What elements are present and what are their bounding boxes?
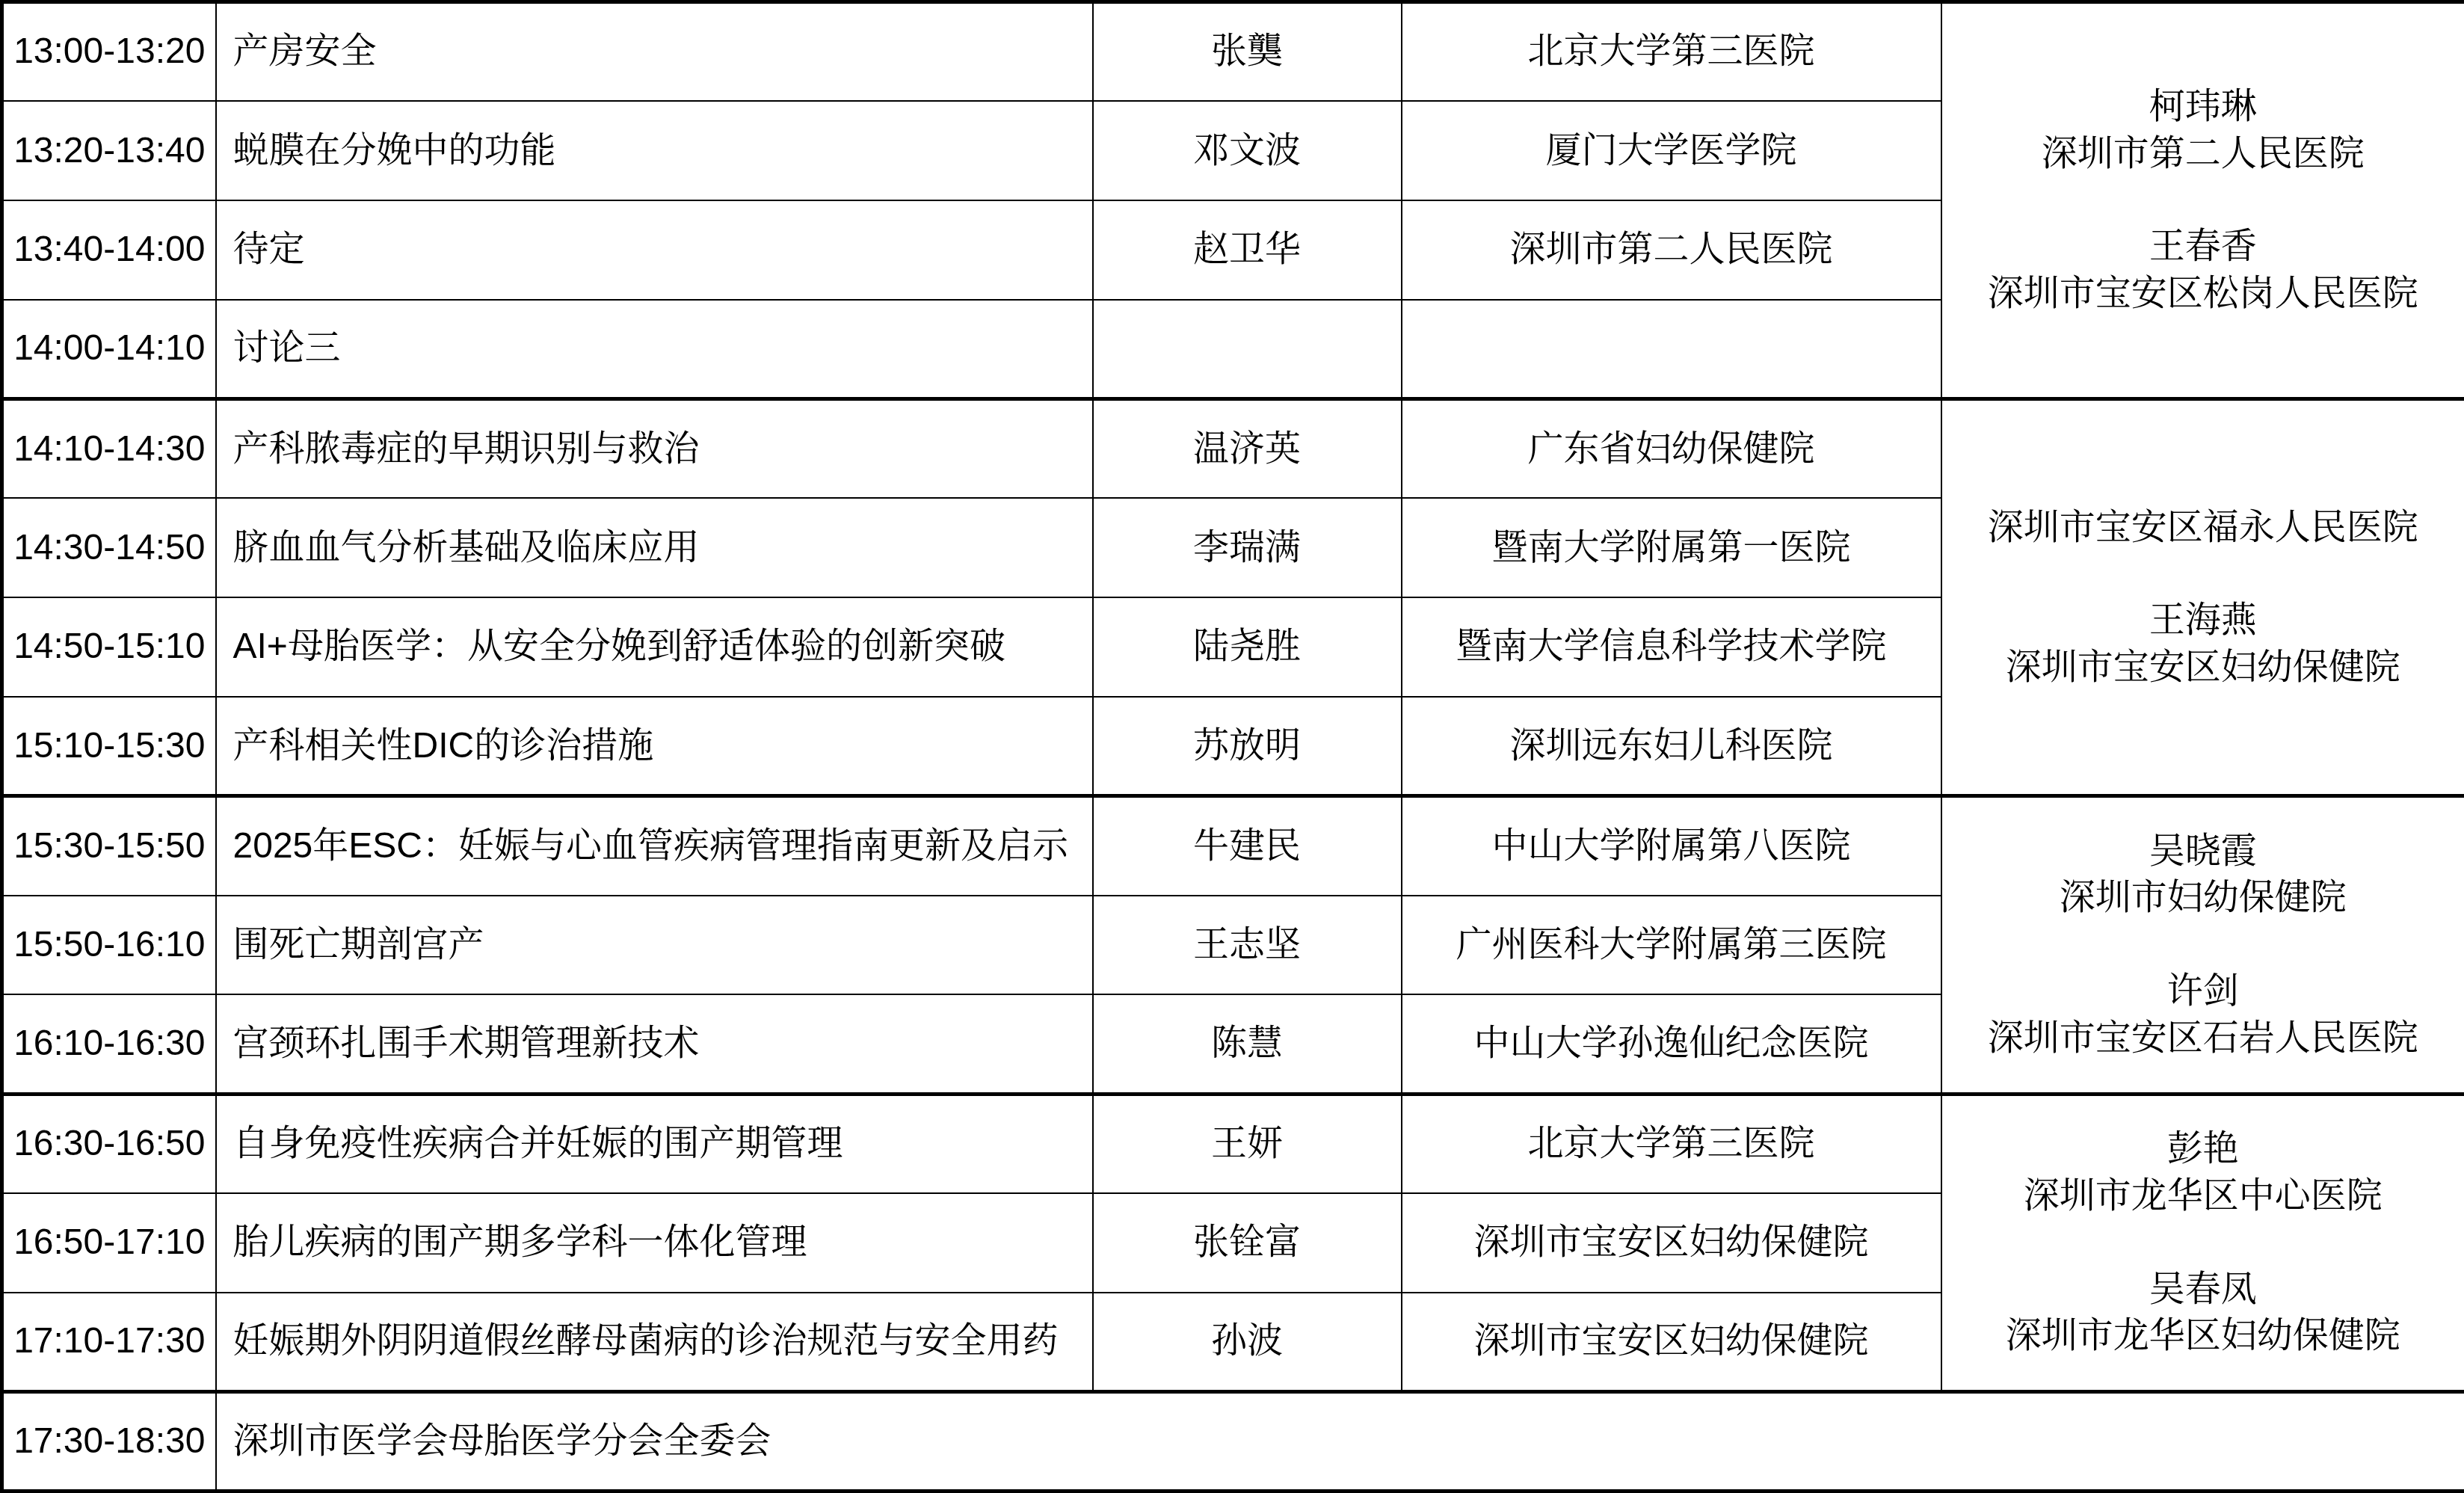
org-cell: 暨南大学附属第一医院 <box>1402 498 1941 597</box>
schedule-page: 13:00-13:20 产房安全 张龑 北京大学第三医院 柯玮琳 深圳市第二人民… <box>0 0 2464 1493</box>
chair-entry: 深圳市宝安区福永人民医院 <box>1943 505 2464 551</box>
chair-name: 柯玮琳 <box>1943 84 2464 130</box>
session-row: 14:10-14:30 产科脓毒症的早期识别与救治 温济英 广东省妇幼保健院 深… <box>2 399 2464 499</box>
chair-name: 彭艳 <box>1943 1126 2464 1172</box>
time-cell: 15:50-16:10 <box>2 896 216 995</box>
org-cell: 广东省妇幼保健院 <box>1402 399 1941 499</box>
speaker-cell <box>1093 300 1402 399</box>
chair-org: 深圳市宝安区妇幼保健院 <box>1943 644 2464 691</box>
org-cell: 深圳市宝安区妇幼保健院 <box>1402 1293 1941 1392</box>
chair-cell: 彭艳 深圳市龙华区中心医院 吴春凤 深圳市龙华区妇幼保健院 <box>1941 1094 2464 1391</box>
org-cell: 深圳市宝安区妇幼保健院 <box>1402 1193 1941 1293</box>
chair-entry: 许剑 深圳市宝安区石岩人民医院 <box>1943 968 2464 1062</box>
session-row: 16:30-16:50 自身免疫性疾病合并妊娠的围产期管理 王妍 北京大学第三医… <box>2 1094 2464 1193</box>
chair-entry: 吴春凤 深圳市龙华区妇幼保健院 <box>1943 1266 2464 1360</box>
org-cell <box>1402 300 1941 399</box>
speaker-cell: 邓文波 <box>1093 101 1402 200</box>
chair-org: 深圳市宝安区松岗人民医院 <box>1943 271 2464 317</box>
topic-cell: 脐血血气分析基础及临床应用 <box>216 498 1093 597</box>
topic-cell: 讨论三 <box>216 300 1093 399</box>
topic-cell: 宫颈环扎围手术期管理新技术 <box>216 994 1093 1094</box>
chair-name: 吴晓霞 <box>1943 828 2464 875</box>
time-cell: 17:30-18:30 <box>2 1392 216 1492</box>
time-cell: 14:30-14:50 <box>2 498 216 597</box>
closing-title-cell: 深圳市医学会母胎医学分会全委会 <box>216 1392 2464 1492</box>
time-cell: 16:10-16:30 <box>2 994 216 1094</box>
chair-entry: 王春香 深圳市宝安区松岗人民医院 <box>1943 224 2464 317</box>
topic-cell: AI+母胎医学：从安全分娩到舒适体验的创新突破 <box>216 597 1093 697</box>
chair-entry: 彭艳 深圳市龙华区中心医院 <box>1943 1126 2464 1219</box>
chair-org: 深圳市宝安区石岩人民医院 <box>1943 1015 2464 1062</box>
time-cell: 16:50-17:10 <box>2 1193 216 1293</box>
org-cell: 北京大学第三医院 <box>1402 2 1941 102</box>
speaker-cell: 牛建民 <box>1093 796 1402 896</box>
topic-cell: 产科脓毒症的早期识别与救治 <box>216 399 1093 499</box>
chair-org: 深圳市宝安区福永人民医院 <box>1943 505 2464 551</box>
time-cell: 14:10-14:30 <box>2 399 216 499</box>
time-cell: 14:00-14:10 <box>2 300 216 399</box>
time-cell: 14:50-15:10 <box>2 597 216 697</box>
session-row: 13:00-13:20 产房安全 张龑 北京大学第三医院 柯玮琳 深圳市第二人民… <box>2 2 2464 102</box>
speaker-cell: 温济英 <box>1093 399 1402 499</box>
session-row: 15:30-15:50 2025年ESC：妊娠与心血管疾病管理指南更新及启示 牛… <box>2 796 2464 896</box>
org-cell: 深圳远东妇儿科医院 <box>1402 697 1941 796</box>
chair-cell: 柯玮琳 深圳市第二人民医院 王春香 深圳市宝安区松岗人民医院 <box>1941 2 2464 399</box>
speaker-cell: 苏放明 <box>1093 697 1402 796</box>
org-cell: 厦门大学医学院 <box>1402 101 1941 200</box>
speaker-cell: 李瑞满 <box>1093 498 1402 597</box>
chair-org: 深圳市妇幼保健院 <box>1943 875 2464 921</box>
topic-cell: 产科相关性DIC的诊治措施 <box>216 697 1093 796</box>
org-cell: 中山大学附属第八医院 <box>1402 796 1941 896</box>
time-cell: 17:10-17:30 <box>2 1293 216 1392</box>
time-cell: 13:00-13:20 <box>2 2 216 102</box>
closing-row: 17:30-18:30 深圳市医学会母胎医学分会全委会 <box>2 1392 2464 1492</box>
speaker-cell: 赵卫华 <box>1093 200 1402 300</box>
chair-entry: 柯玮琳 深圳市第二人民医院 <box>1943 84 2464 177</box>
chair-name: 许剑 <box>1943 968 2464 1015</box>
chair-name: 王海燕 <box>1943 597 2464 644</box>
chair-org: 深圳市第二人民医院 <box>1943 131 2464 177</box>
speaker-cell: 张铨富 <box>1093 1193 1402 1293</box>
org-cell: 北京大学第三医院 <box>1402 1094 1941 1193</box>
time-cell: 13:20-13:40 <box>2 101 216 200</box>
org-cell: 广州医科大学附属第三医院 <box>1402 896 1941 995</box>
time-cell: 15:10-15:30 <box>2 697 216 796</box>
speaker-cell: 孙波 <box>1093 1293 1402 1392</box>
topic-cell: 自身免疫性疾病合并妊娠的围产期管理 <box>216 1094 1093 1193</box>
org-cell: 深圳市第二人民医院 <box>1402 200 1941 300</box>
topic-cell: 2025年ESC：妊娠与心血管疾病管理指南更新及启示 <box>216 796 1093 896</box>
time-cell: 16:30-16:50 <box>2 1094 216 1193</box>
chair-entry: 吴晓霞 深圳市妇幼保健院 <box>1943 828 2464 922</box>
speaker-cell: 陈慧 <box>1093 994 1402 1094</box>
speaker-cell: 王妍 <box>1093 1094 1402 1193</box>
schedule-table: 13:00-13:20 产房安全 张龑 北京大学第三医院 柯玮琳 深圳市第二人民… <box>0 0 2464 1493</box>
topic-cell: 蜕膜在分娩中的功能 <box>216 101 1093 200</box>
speaker-cell: 王志坚 <box>1093 896 1402 995</box>
org-cell: 中山大学孙逸仙纪念医院 <box>1402 994 1941 1094</box>
speaker-cell: 张龑 <box>1093 2 1402 102</box>
speaker-cell: 陆尧胜 <box>1093 597 1402 697</box>
chair-name: 王春香 <box>1943 224 2464 270</box>
org-cell: 暨南大学信息科学技术学院 <box>1402 597 1941 697</box>
topic-cell: 围死亡期剖宫产 <box>216 896 1093 995</box>
topic-cell: 产房安全 <box>216 2 1093 102</box>
topic-cell: 待定 <box>216 200 1093 300</box>
time-cell: 15:30-15:50 <box>2 796 216 896</box>
topic-cell: 胎儿疾病的围产期多学科一体化管理 <box>216 1193 1093 1293</box>
chair-cell: 吴晓霞 深圳市妇幼保健院 许剑 深圳市宝安区石岩人民医院 <box>1941 796 2464 1094</box>
chair-cell: 深圳市宝安区福永人民医院 王海燕 深圳市宝安区妇幼保健院 <box>1941 399 2464 796</box>
time-cell: 13:40-14:00 <box>2 200 216 300</box>
chair-name: 吴春凤 <box>1943 1266 2464 1313</box>
chair-org: 深圳市龙华区妇幼保健院 <box>1943 1313 2464 1359</box>
chair-entry: 王海燕 深圳市宝安区妇幼保健院 <box>1943 597 2464 691</box>
chair-org: 深圳市龙华区中心医院 <box>1943 1173 2464 1219</box>
topic-cell: 妊娠期外阴阴道假丝酵母菌病的诊治规范与安全用药 <box>216 1293 1093 1392</box>
